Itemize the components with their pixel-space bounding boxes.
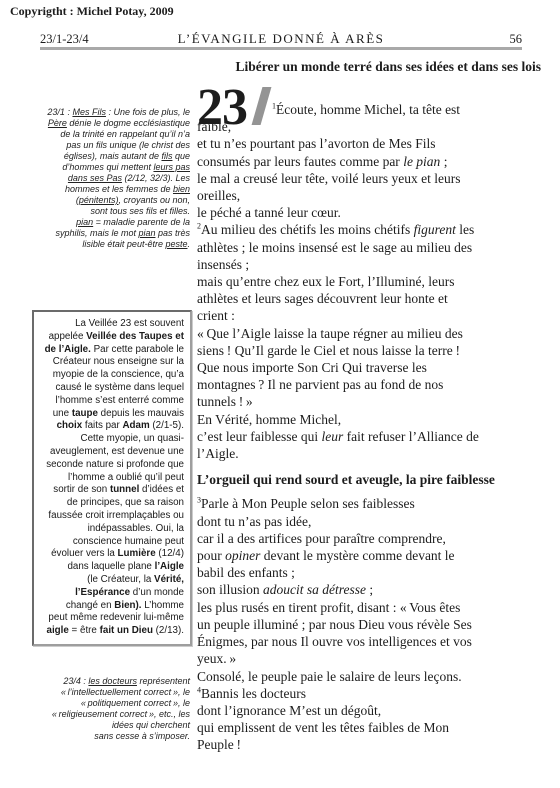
margin-note-23-1: 23/1 : Mes Fils : Une fois de plus, lePè… [28, 107, 190, 250]
text-line: insensés ; [197, 256, 547, 273]
text-line: « l’intellectuellement correct », le [28, 687, 190, 698]
text-line: son illusion adoucit sa détresse ; [197, 581, 547, 598]
text-line: tunnels ! » [197, 393, 547, 410]
text-line: pian = maladie parente de la [28, 217, 190, 228]
text-line: choix faits par Adam (2/1-5). [40, 420, 184, 433]
text-line: 3Parle à Mon Peuple selon ses faiblesses [197, 495, 547, 512]
text-line: seconde nature si profonde que [40, 459, 184, 472]
text-line: églises), mais autant de fils que [28, 151, 190, 162]
text-line: indépassables. Oui, la [40, 523, 184, 536]
text-line: « Que l’Aigle laisse la taupe régner au … [197, 325, 547, 342]
text-line: Créateur nous enseigne sur la [40, 356, 184, 369]
text-line: Peuple ! [197, 736, 547, 753]
text-line: le péché a tanné leur cœur. [197, 204, 547, 221]
text-line: le mal a creusé leur tête, voilé leurs y… [197, 170, 547, 187]
text-line: idées qui cherchent [28, 720, 190, 731]
text-line: athlètes ; le moins insensé est le sage … [197, 239, 547, 256]
text-line: dont l’ignorance M’est un dégoût, [197, 702, 547, 719]
text-line: (le Créateur, la Vérité, [40, 574, 184, 587]
text-line: l’Espérance d’un monde [40, 587, 184, 600]
copyright-line: Copyrigtht : Michel Potay, 2009 [10, 4, 174, 19]
text-line: syphilis, mais le mot pian pas très [28, 228, 190, 239]
margin-note-23-4: 23/4 : les docteurs représentent« l’inte… [28, 676, 190, 742]
text-line: myopie de la conscience, qu’a [40, 369, 184, 382]
text-line: Père dénie le dogme ecclésiastique [28, 118, 190, 129]
text-line: appelée Veillée des Taupes et [40, 331, 184, 344]
text-line: 1Écoute, homme Michel, ta tête est [197, 101, 547, 118]
text-line: dans laquelle plane l’Aigle [40, 561, 184, 574]
text-line: un peuple illuminé ; par nous Dieu vous … [197, 616, 547, 633]
text-line: Énigmes, par nous Il ouvre vos intellige… [197, 633, 547, 650]
text-line: faible, [197, 118, 547, 135]
text-line: « politiquement correct », le [28, 698, 190, 709]
text-line: faussée croit irremplaçables ou [40, 510, 184, 523]
text-line: de la trinité en rappelant qu’il n’a [28, 129, 190, 140]
text-line: causé le système dans lequel [40, 382, 184, 395]
text-line: « religieusement correct », etc., les [28, 709, 190, 720]
text-line: pour opiner devant le mystère comme deva… [197, 547, 547, 564]
text-line: l’Aigle. [197, 445, 547, 462]
text-line: aveuglement, est devenue une [40, 446, 184, 459]
text-line: Consolé, le peuple paie le salaire de le… [197, 668, 547, 685]
text-line: l’homme s’est enterré comme [40, 395, 184, 408]
text-line: (pénitents), croyants ou non, [28, 195, 190, 206]
text-line: conscience humaine peut [40, 536, 184, 549]
text-line: 4Bannis les docteurs [197, 685, 547, 702]
text-line: siens ! Qu’Il garde le Ciel et nous lais… [197, 342, 547, 359]
text-line: changé en Bien). L’homme [40, 600, 184, 613]
text-line: d’hommes qui mettent leurs pas [28, 162, 190, 173]
text-line: sortir de son tunnel d’idées et [40, 484, 184, 497]
margin-note-veillee-23-box: La Veillée 23 est souventappelée Veillée… [32, 310, 192, 646]
text-line: pas un fils unique (le christ des [28, 140, 190, 151]
text-line: crient : [197, 307, 547, 324]
text-line: de l’Aigle. Par cette parabole le [40, 344, 184, 357]
text-line: dont tu n’as pas idée, [197, 513, 547, 530]
text-line: mais qu’entre chez eux le Fort, l’Illumi… [197, 273, 547, 290]
text-line: car il a des artifices pour paraître com… [197, 530, 547, 547]
text-line: les plus rusés en tirent profit, disant … [197, 599, 547, 616]
verse-block-2: 3Parle à Mon Peuple selon ses faiblesses… [197, 495, 547, 753]
text-line: Que nous importe Son Cri Qui traverse le… [197, 359, 547, 376]
text-line: et tu n’es pourtant pas l’avorton de Mes… [197, 135, 547, 152]
text-line: dans ses Pas (2/12, 32/3). Les [28, 173, 190, 184]
text-line: consumés par leurs fautes comme par le p… [197, 153, 547, 170]
verse-block-1: 1Écoute, homme Michel, ta tête estfaible… [197, 101, 547, 462]
text-line: 23/1 : Mes Fils : Une fois de plus, le [28, 107, 190, 118]
text-line: peut même redevenir lui-même [40, 612, 184, 625]
scanned-book-page: { "page": { "copyright": "Copyrigtht : M… [0, 0, 560, 788]
text-line: 2Au milieu des chétifs les moins chétifs… [197, 221, 547, 238]
header-title: L’ÉVANGILE DONNÉ À ARÈS [40, 31, 522, 47]
text-line: oreilles, [197, 187, 547, 204]
text-line: qui emplissent de vent les têtes faibles… [197, 719, 547, 736]
text-line: Cette myopie, un quasi- [40, 433, 184, 446]
text-line: 23/4 : les docteurs représentent [28, 676, 190, 687]
text-line: c’est leur faiblesse qui leur fait refus… [197, 428, 547, 445]
text-line: En Vérité, homme Michel, [197, 411, 547, 428]
text-line: montagnes ? Il ne parvient pas au fond d… [197, 376, 547, 393]
main-text-column: 1Écoute, homme Michel, ta tête estfaible… [197, 101, 547, 754]
text-line: sans cesse à s’imposer. [28, 731, 190, 742]
text-line: l’homme a oublié qu’il peut [40, 472, 184, 485]
text-line: hommes et les femmes de bien [28, 184, 190, 195]
text-line: évoluer vers la Lumière (12/4) [40, 548, 184, 561]
text-line: lisible était peut-être peste. [28, 239, 190, 250]
text-line: athlètes et leurs sages découvrent leur … [197, 290, 547, 307]
text-line: babil des enfants ; [197, 564, 547, 581]
text-line: de principes, que sa raison [40, 497, 184, 510]
header-rule [40, 47, 522, 50]
text-line: une taupe depuis les mauvais [40, 408, 184, 421]
subheading: L’orgueil qui rend sourd et aveugle, la … [197, 471, 547, 488]
text-line: La Veillée 23 est souvent [40, 318, 184, 331]
text-line: aigle = être fait un Dieu (2/13). [40, 625, 184, 638]
section-heading: Libérer un monde terré dans ses idées et… [195, 59, 541, 75]
text-line: sont tous ses fils et filles. [28, 206, 190, 217]
text-line: yeux. » [197, 650, 547, 667]
header-page-number: 56 [510, 32, 523, 47]
